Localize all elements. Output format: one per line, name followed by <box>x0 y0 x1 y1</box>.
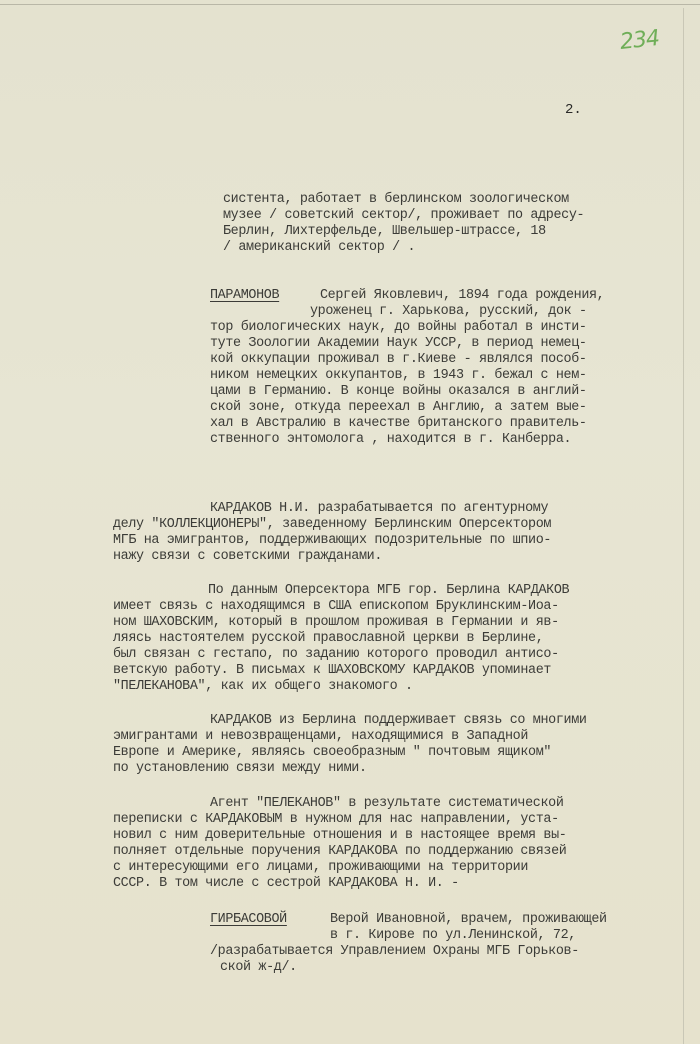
text-line: уроженец г. Харькова, русский, док - <box>310 304 587 320</box>
text-line: полняет отдельные поручения КАРДАКОВА по… <box>113 844 566 860</box>
text-line: по установлению связи между ними. <box>113 761 367 777</box>
text-line: МГБ на эмигрантов, поддерживающих подозр… <box>113 533 551 549</box>
text-line: Агент "ПЕЛЕКАНОВ" в результате системати… <box>210 796 564 812</box>
text-line: Сергей Яковлевич, 1894 года рождения, <box>320 288 604 304</box>
page-number: 2. <box>565 102 582 118</box>
text-line: новил с ним доверительные отношения и в … <box>113 828 566 844</box>
text-line: эмигрантами и невозвращенцами, находящим… <box>113 729 528 745</box>
text-line: переписки с КАРДАКОВЫМ в нужном для нас … <box>113 812 559 828</box>
page-edge-top <box>0 4 700 5</box>
text-line: ственного энтомолога , находится в г. Ка… <box>210 432 571 448</box>
text-line: "ПЕЛЕКАНОВА", как их общего знакомого . <box>113 679 413 695</box>
person-heading-girbasova: ГИРБАСОВОЙ <box>210 912 287 928</box>
text-line: имеет связь с находящимся в США епископо… <box>113 599 559 615</box>
text-line: Берлин, Лихтерфельде, Швельшер-штрассе, … <box>223 224 546 240</box>
text-line: Верой Ивановной, врачем, проживающей <box>330 912 607 928</box>
text-line: с интересующими его лицами, проживающими… <box>113 860 528 876</box>
text-line: По данным Оперсектора МГБ гор. Берлина К… <box>208 583 569 599</box>
page-edge-right <box>683 8 684 1044</box>
text-line: ном ШАХОВСКИМ, который в прошлом прожива… <box>113 615 559 631</box>
text-line: ляясь настоятелем русской православной ц… <box>113 631 543 647</box>
text-line: Европе и Америке, являясь своеобразным "… <box>113 745 551 761</box>
text-line: музее / советский сектор/, проживает по … <box>223 208 584 224</box>
archive-folio-number: 234 <box>619 26 660 55</box>
text-line: ветскую работу. В письмах к ШАХОВСКОМУ К… <box>113 663 551 679</box>
text-line: в г. Кирове по ул.Ленинской, 72, <box>330 928 576 944</box>
text-line: хал в Австралию в качестве британского п… <box>210 416 587 432</box>
text-line: / американский сектор / . <box>223 240 415 256</box>
text-line: нажу связи с советскими гражданами. <box>113 549 382 565</box>
text-line: ской зоне, откуда переехал в Англию, а з… <box>210 400 587 416</box>
text-line: туте Зоологии Академии Наук УССР, в пери… <box>210 336 587 352</box>
document-page: 234 2. систента, работает в берлинском з… <box>0 0 700 1044</box>
text-line: КАРДАКОВ Н.И. разрабатывается по агентур… <box>210 501 548 517</box>
text-line: был связан с гестапо, по заданию которог… <box>113 647 559 663</box>
text-line: систента, работает в берлинском зоологич… <box>223 192 569 208</box>
text-line: делу "КОЛЛЕКЦИОНЕРЫ", заведенному Берлин… <box>113 517 551 533</box>
text-line: ской ж-д/. <box>220 960 297 976</box>
text-line: СССР. В том числе с сестрой КАРДАКОВА Н.… <box>113 876 459 892</box>
text-line: кой оккупации проживал в г.Киеве - являл… <box>210 352 587 368</box>
text-line: ником немецких оккупантов, в 1943 г. беж… <box>210 368 587 384</box>
text-line: КАРДАКОВ из Берлина поддерживает связь с… <box>210 713 587 729</box>
text-line: /разрабатывается Управлением Охраны МГБ … <box>210 944 579 960</box>
person-heading-paramonov: ПАРАМОНОВ <box>210 288 279 304</box>
text-line: цами в Германию. В конце войны оказался … <box>210 384 587 400</box>
text-line: тор биологических наук, до войны работал… <box>210 320 587 336</box>
